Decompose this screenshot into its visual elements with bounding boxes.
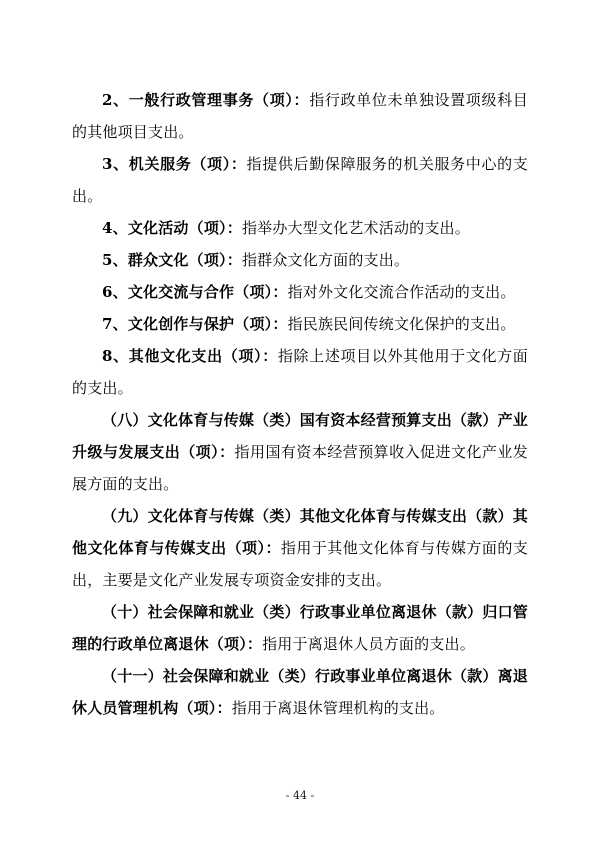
paragraph-item-3: 3、机关服务（项）：指提供后勤保障服务的机关服务中心的支出。 [72,148,528,212]
paragraph-section-11: （十一）社会保障和就业（类）行政事业单位离退休（款）离退休人员管理机构（项）：指… [72,660,528,724]
paragraph-section-10: （十）社会保障和就业（类）行政事业单位离退休（款）归口管理的行政单位离退休（项）… [72,596,528,660]
term-label: 3、机关服务（项）： [102,155,247,173]
term-definition: 指用于离退休管理机构的支出。 [232,699,445,717]
paragraph-section-9: （九）文化体育与传媒（类）其他文化体育与传媒支出（款）其他文化体育与传媒支出（项… [72,500,528,596]
term-label: 7、文化创作与保护（项）： [102,315,288,333]
paragraph-item-6: 6、文化交流与合作（项）：指对外文化交流合作活动的支出。 [72,276,528,308]
term-label: 6、文化交流与合作（项）： [102,283,288,301]
term-label: 8、其他文化支出（项）： [102,347,278,365]
page-number: - 44 - [0,788,600,804]
paragraph-item-2: 2、一般行政管理事务（项）：指行政单位未单独设置项级科目的其他项目支出。 [72,84,528,148]
paragraph-item-7: 7、文化创作与保护（项）：指民族民间传统文化保护的支出。 [72,308,528,340]
term-label: 4、文化活动（项）： [102,219,242,237]
paragraph-section-8: （八）文化体育与传媒（类）国有资本经营预算支出（款）产业升级与发展支出（项）：指… [72,404,528,500]
term-label: 5、群众文化（项）： [102,251,242,269]
term-definition: 指举办大型文化艺术活动的支出。 [242,219,470,237]
term-definition: 指民族民间传统文化保护的支出。 [288,315,516,333]
term-label: 2、一般行政管理事务（项）： [102,91,309,109]
paragraph-item-5: 5、群众文化（项）：指群众文化方面的支出。 [72,244,528,276]
term-definition: 指用于离退休人员方面的支出。 [262,635,475,653]
document-page: 2、一般行政管理事务（项）：指行政单位未单独设置项级科目的其他项目支出。 3、机… [0,0,600,848]
paragraph-item-8: 8、其他文化支出（项）：指除上述项目以外其他用于文化方面的支出。 [72,340,528,404]
term-definition: 指对外文化交流合作活动的支出。 [288,283,516,301]
document-body: 2、一般行政管理事务（项）：指行政单位未单独设置项级科目的其他项目支出。 3、机… [72,84,528,724]
term-definition: 指群众文化方面的支出。 [242,251,409,269]
paragraph-item-4: 4、文化活动（项）：指举办大型文化艺术活动的支出。 [72,212,528,244]
